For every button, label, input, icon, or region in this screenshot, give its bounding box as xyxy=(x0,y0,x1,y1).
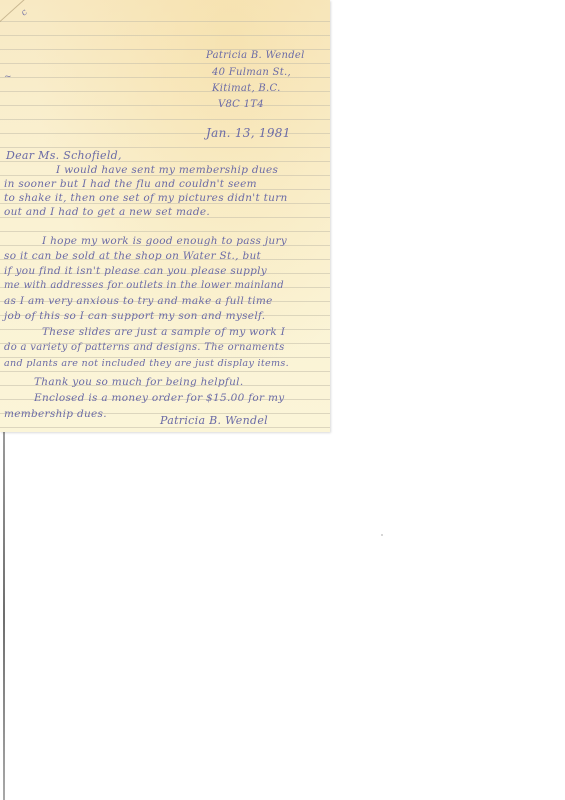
body-line: as I am very anxious to try and make a f… xyxy=(4,294,273,308)
body-line: Thank you so much for being helpful. xyxy=(34,375,243,389)
body-line: membership dues. xyxy=(4,407,107,421)
body-line: do a variety of patterns and designs. Th… xyxy=(4,341,285,355)
body-line: Enclosed is a money order for $15.00 for… xyxy=(34,391,284,405)
body-line: I would have sent my membership dues xyxy=(56,163,278,177)
body-line: me with addresses for outlets in the low… xyxy=(4,279,284,293)
sender-postal-code: V8C 1T4 xyxy=(218,98,264,112)
body-line: I hope my work is good enough to pass ju… xyxy=(42,234,287,248)
salutation: Dear Ms. Schofield, xyxy=(6,149,122,163)
body-line: job of this so I can support my son and … xyxy=(4,309,265,323)
letter-date: Jan. 13, 1981 xyxy=(206,126,291,140)
body-line: These slides are just a sample of my wor… xyxy=(42,325,285,339)
body-line: so it can be sold at the shop on Water S… xyxy=(4,249,261,263)
body-line: and plants are not included they are jus… xyxy=(4,357,289,371)
scan-page: c ~ Patricia B. Wendel 40 Fulman St., Ki… xyxy=(0,0,565,800)
body-line: to shake it, then one set of my pictures… xyxy=(4,191,288,205)
body-line: out and I had to get a new set made. xyxy=(4,205,210,219)
scanner-edge-shadow xyxy=(3,432,5,800)
body-line: in sooner but I had the flu and couldn't… xyxy=(4,177,257,191)
sender-name: Patricia B. Wendel xyxy=(206,49,305,63)
corner-mark: ~ xyxy=(4,72,12,82)
signature: Patricia B. Wendel xyxy=(160,414,268,428)
sender-address-line1: 40 Fulman St., xyxy=(212,66,291,80)
sender-address-line2: Kitimat, B.C. xyxy=(212,82,281,96)
letter-sheet: c ~ Patricia B. Wendel 40 Fulman St., Ki… xyxy=(0,0,330,432)
body-line: if you find it isn't please can you plea… xyxy=(4,264,267,278)
dust-speck xyxy=(381,534,383,536)
